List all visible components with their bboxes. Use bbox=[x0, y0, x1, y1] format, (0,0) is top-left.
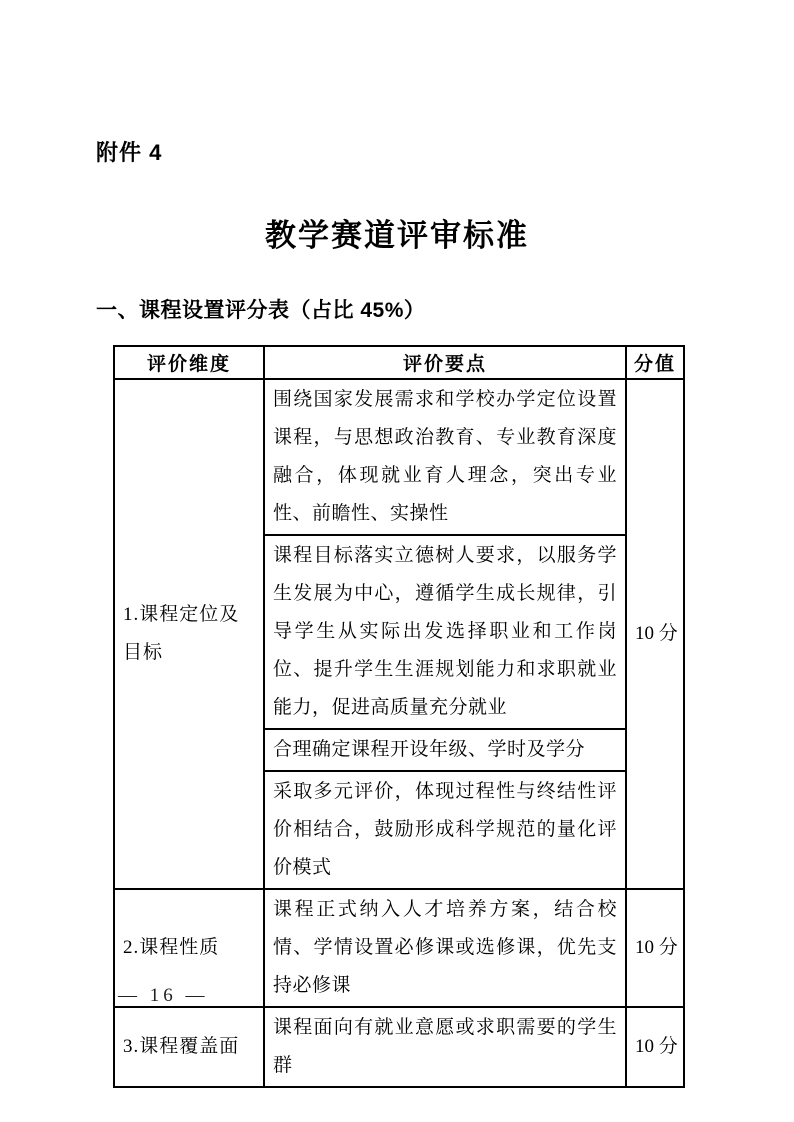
page-number: — 16 — bbox=[118, 985, 209, 1007]
point-cell: 课程面向有就业意愿或求职需要的学生群 bbox=[264, 1007, 626, 1087]
point-cell: 课程正式纳入人才培养方案，结合校情、学情设置必修课或选修课，优先支持必修课 bbox=[264, 889, 626, 1007]
header-points: 评价要点 bbox=[264, 346, 626, 379]
criteria-table-container: 评价维度 评价要点 分值 1.课程定位及目标围绕国家发展需求和学校办学定位设置课… bbox=[113, 345, 683, 1088]
document-title: 教学赛道评审标准 bbox=[0, 210, 794, 255]
dimension-cell: 1.课程定位及目标 bbox=[114, 379, 264, 889]
section-heading: 一、课程设置评分表（占比 45%） bbox=[96, 294, 425, 324]
attachment-label: 附件 4 bbox=[96, 136, 162, 167]
table-row: 1.课程定位及目标围绕国家发展需求和学校办学定位设置课程，与思想政治教育、专业教… bbox=[114, 379, 684, 535]
document-page: 附件 4 教学赛道评审标准 一、课程设置评分表（占比 45%） 评价维度 评价要… bbox=[0, 0, 794, 1122]
score-cell: 10 分 bbox=[626, 889, 684, 1007]
point-cell: 采取多元评价，体现过程性与终结性评价相结合，鼓励形成科学规范的量化评价模式 bbox=[264, 771, 626, 889]
score-cell: 10 分 bbox=[626, 1007, 684, 1087]
criteria-table-body: 1.课程定位及目标围绕国家发展需求和学校办学定位设置课程，与思想政治教育、专业教… bbox=[114, 379, 684, 1087]
score-cell: 10 分 bbox=[626, 379, 684, 889]
table-header-row: 评价维度 评价要点 分值 bbox=[114, 346, 684, 379]
point-cell: 围绕国家发展需求和学校办学定位设置课程，与思想政治教育、专业教育深度融合，体现就… bbox=[264, 379, 626, 535]
table-row: 3.课程覆盖面课程面向有就业意愿或求职需要的学生群10 分 bbox=[114, 1007, 684, 1087]
header-dimension: 评价维度 bbox=[114, 346, 264, 379]
header-score: 分值 bbox=[626, 346, 684, 379]
dimension-cell: 3.课程覆盖面 bbox=[114, 1007, 264, 1087]
criteria-table: 评价维度 评价要点 分值 1.课程定位及目标围绕国家发展需求和学校办学定位设置课… bbox=[113, 345, 685, 1088]
point-cell: 课程目标落实立德树人要求，以服务学生发展为中心，遵循学生成长规律，引导学生从实际… bbox=[264, 535, 626, 729]
point-cell: 合理确定课程开设年级、学时及学分 bbox=[264, 729, 626, 771]
